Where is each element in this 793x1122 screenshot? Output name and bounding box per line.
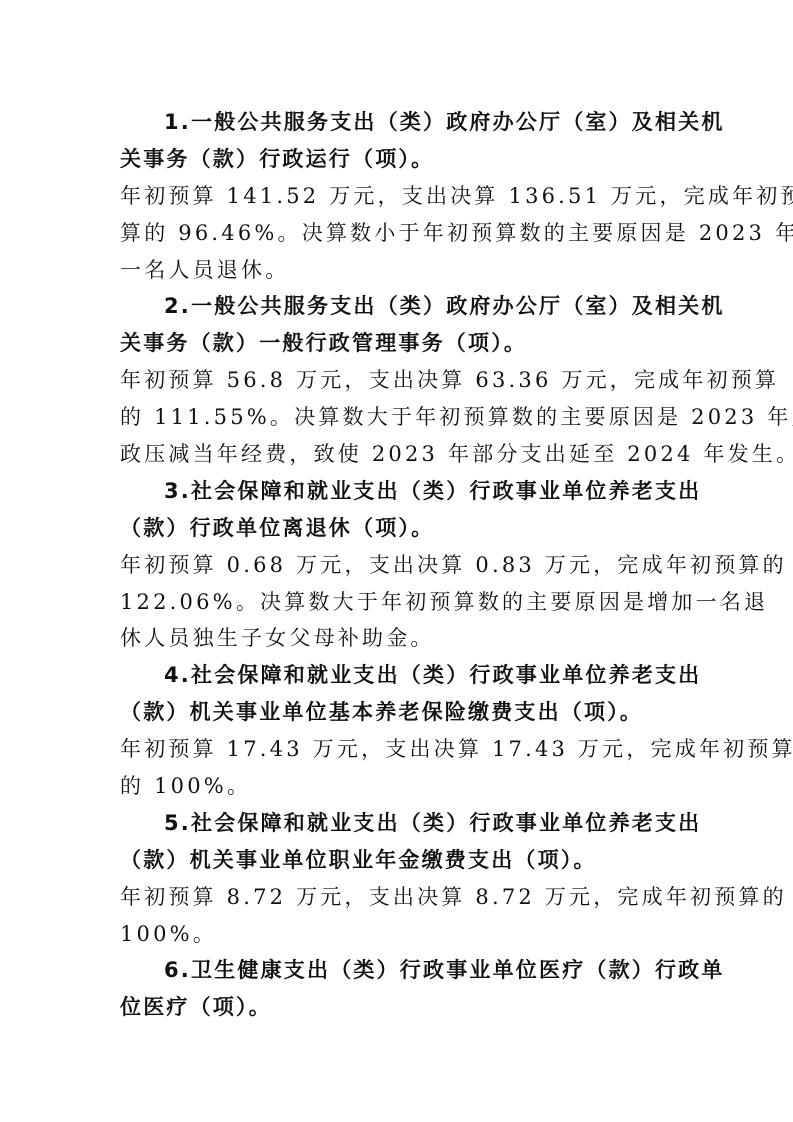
section-heading: 3.社会保障和就业支出（类）行政事业单位养老支出 （款）行政单位离退休（项）。 <box>120 473 676 547</box>
section-heading: 4.社会保障和就业支出（类）行政事业单位养老支出 （款）机关事业单位基本养老保险… <box>120 657 676 731</box>
body-line: 政压减当年经费，致使 2023 年部分支出延至 2024 年发生。 <box>120 436 676 473</box>
heading-line: 关事务（款）行政运行（项）。 <box>120 141 676 178</box>
body-line: 122.06%。决算数大于年初预算数的主要原因是增加一名退 <box>120 584 676 621</box>
heading-line: 关事务（款）一般行政管理事务（项）。 <box>120 325 676 362</box>
section-3: 3.社会保障和就业支出（类）行政事业单位养老支出 （款）行政单位离退休（项）。 … <box>120 473 676 657</box>
section-5: 5.社会保障和就业支出（类）行政事业单位养老支出 （款）机关事业单位职业年金缴费… <box>120 805 676 953</box>
section-body: 年初预算 0.68 万元，支出决算 0.83 万元，完成年初预算的 122.06… <box>120 547 676 658</box>
document-page: 1.一般公共服务支出（类）政府办公厅（室）及相关机 关事务（款）行政运行（项）。… <box>120 104 676 1026</box>
heading-line: 5.社会保障和就业支出（类）行政事业单位养老支出 <box>120 805 676 842</box>
body-line: 一名人员退休。 <box>120 252 676 289</box>
section-2: 2.一般公共服务支出（类）政府办公厅（室）及相关机 关事务（款）一般行政管理事务… <box>120 288 676 472</box>
body-line: 休人员独生子女父母补助金。 <box>120 620 676 657</box>
body-line: 年初预算 141.52 万元，支出决算 136.51 万元，完成年初预 <box>120 178 676 215</box>
heading-line: 1.一般公共服务支出（类）政府办公厅（室）及相关机 <box>120 104 676 141</box>
section-heading: 5.社会保障和就业支出（类）行政事业单位养老支出 （款）机关事业单位职业年金缴费… <box>120 805 676 879</box>
section-body: 年初预算 141.52 万元，支出决算 136.51 万元，完成年初预 算的 9… <box>120 178 676 289</box>
body-line: 年初预算 0.68 万元，支出决算 0.83 万元，完成年初预算的 <box>120 547 676 584</box>
heading-line: 位医疗（项）。 <box>120 989 676 1026</box>
section-body: 年初预算 8.72 万元，支出决算 8.72 万元，完成年初预算的 100%。 <box>120 879 676 953</box>
section-body: 年初预算 56.8 万元，支出决算 63.36 万元，完成年初预算 的 111.… <box>120 362 676 473</box>
section-1: 1.一般公共服务支出（类）政府办公厅（室）及相关机 关事务（款）行政运行（项）。… <box>120 104 676 288</box>
heading-line: 3.社会保障和就业支出（类）行政事业单位养老支出 <box>120 473 676 510</box>
section-body: 年初预算 17.43 万元，支出决算 17.43 万元，完成年初预算 的 100… <box>120 731 676 805</box>
section-heading: 1.一般公共服务支出（类）政府办公厅（室）及相关机 关事务（款）行政运行（项）。 <box>120 104 676 178</box>
heading-line: 2.一般公共服务支出（类）政府办公厅（室）及相关机 <box>120 288 676 325</box>
body-line: 年初预算 17.43 万元，支出决算 17.43 万元，完成年初预算 <box>120 731 676 768</box>
heading-line: （款）机关事业单位职业年金缴费支出（项）。 <box>120 842 676 879</box>
heading-line: 4.社会保障和就业支出（类）行政事业单位养老支出 <box>120 657 676 694</box>
heading-line: （款）行政单位离退休（项）。 <box>120 510 676 547</box>
section-6: 6.卫生健康支出（类）行政事业单位医疗（款）行政单 位医疗（项）。 <box>120 952 676 1026</box>
body-line: 年初预算 56.8 万元，支出决算 63.36 万元，完成年初预算 <box>120 362 676 399</box>
body-line: 的 111.55%。决算数大于年初预算数的主要原因是 2023 年财 <box>120 399 676 436</box>
body-line: 算的 96.46%。决算数小于年初预算数的主要原因是 2023 年 <box>120 215 676 252</box>
body-line: 年初预算 8.72 万元，支出决算 8.72 万元，完成年初预算的 <box>120 879 676 916</box>
section-4: 4.社会保障和就业支出（类）行政事业单位养老支出 （款）机关事业单位基本养老保险… <box>120 657 676 805</box>
section-heading: 6.卫生健康支出（类）行政事业单位医疗（款）行政单 位医疗（项）。 <box>120 952 676 1026</box>
section-heading: 2.一般公共服务支出（类）政府办公厅（室）及相关机 关事务（款）一般行政管理事务… <box>120 288 676 362</box>
body-line: 100%。 <box>120 916 676 953</box>
heading-line: 6.卫生健康支出（类）行政事业单位医疗（款）行政单 <box>120 952 676 989</box>
heading-line: （款）机关事业单位基本养老保险缴费支出（项）。 <box>120 694 676 731</box>
body-line: 的 100%。 <box>120 768 676 805</box>
